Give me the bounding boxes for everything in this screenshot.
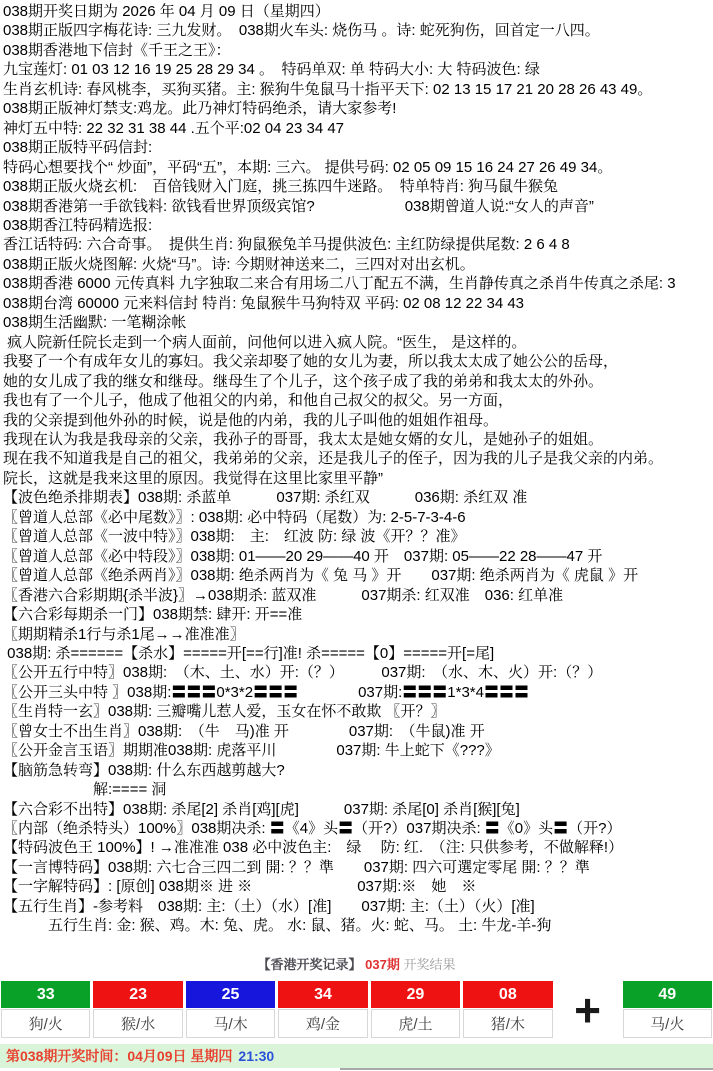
text-line: 【六合彩不出特】038期: 杀尾[2] 杀肖[鸡][虎] 037期: 杀尾[0]… <box>3 800 710 819</box>
text-line: 现在我不知道我是自己的祖父，我弟弟的父亲，还是我儿子的侄子，因为我的儿子是我父亲… <box>3 449 710 468</box>
text-line: 【五行生肖】-参考料 038期: 主:（土）（水）[准] 037期: 主:（土）… <box>3 897 710 916</box>
result-cell: 25马/木 <box>186 981 275 1039</box>
result-cell: 33狗/火 <box>1 981 90 1039</box>
results-header: 【香港开奖记录】 037期 开奖结果 <box>0 953 713 977</box>
text-line: 〖曾道人总部《必中尾数》〗: 038期: 必中特码（尾数）为: 2-5-7-3-… <box>3 508 710 527</box>
text-line: 疯人院新任院长走到一个病人面前，问他何以进入疯人院。“医生， 是这样的。 <box>3 333 710 352</box>
text-line: 038期正版四字梅花诗: 三九发财。 038期火车头: 烧伤马 。诗: 蛇死狗伤… <box>3 21 710 40</box>
text-line: 〖期期精杀1行与杀1尾→→准准准〗 <box>3 625 710 644</box>
text-line: 038期: 杀======【杀水】=====开[==行]准! 杀=====【0】… <box>3 644 710 663</box>
text-line: 038期正版神灯禁支:鸡龙。此乃神灯特码绝杀，请大家参考! <box>3 99 710 118</box>
text-line: 〖内部（绝杀特头）100%〗038期决杀: 〓《4》头〓（开?）037期决杀: … <box>3 819 710 838</box>
text-line: 038期香港 6000 元传真料 九字独取二来合有用场二八丁配五不满，生肖静传真… <box>3 274 710 293</box>
result-ball: 33 <box>1 981 90 1008</box>
next-draw-bar: 第038期开奖时间： 04月09日 星期四 21:30 <box>0 1044 713 1068</box>
text-line: 〖曾道人总部《绝杀两肖》〗038期: 绝杀两肖为《 兔 马 》开 037期: 绝… <box>3 566 710 585</box>
text-line: 九宝莲灯: 01 03 12 16 19 25 28 29 34 。 特码单双:… <box>3 60 710 79</box>
document-text: 038期开奖日期为 2026 年 04 月 09 日（星期四）038期正版四字梅… <box>3 2 710 950</box>
result-ball: 08 <box>463 981 552 1008</box>
text-line: 我现在认为我是我母亲的父亲，我孙子的哥哥，我太太是她女婿的女儿，是她孙子的姐姐。 <box>3 430 710 449</box>
result-zodiac: 猴/水 <box>93 1009 182 1038</box>
text-line: 〖曾女士不出生肖〗038期: （牛 马)准 开 037期: （牛鼠)准 开 <box>3 722 710 741</box>
result-zodiac: 狗/火 <box>1 1009 90 1038</box>
text-line: 院长，这就是我来这里的原因。我觉得在这里比家里平静” <box>3 469 710 488</box>
text-line: 038期香港地下信封《千王之王》： <box>3 41 710 60</box>
draw-time: 21:30 <box>238 1048 274 1064</box>
result-zodiac: 虎/土 <box>371 1009 460 1038</box>
text-line: 038期正版特平码信封: <box>3 138 710 157</box>
text-line: 香江话特码: 六合奇事。 提供生肖: 狗鼠猴兔羊马提供波色: 主红防绿提供尾数:… <box>3 235 710 254</box>
text-line: 我娶了一个有成年女儿的寡妇。我父亲却娶了她的女儿为妻，所以我太太成了她公公的岳母… <box>3 352 710 371</box>
text-line: 我的父亲提到他外孙的时候，说是他的内弟，我的儿子叫他的姐姐作祖母。 <box>3 411 710 430</box>
text-line: 〖公开五行中特〗038期: （木、土、水）开:（？） 037期: （水、木、火）… <box>3 663 710 682</box>
text-line: 我也有了一个儿子，他成了他祖父的内弟，和他自己叔父的叔父。另一方面， <box>3 391 710 410</box>
result-cell: 34鸡/金 <box>278 981 367 1039</box>
text-line: 〖生肖特一玄〗038期: 三瓣嘴儿惹人爱，玉女在怀不敢欺 〖开？〗 <box>3 702 710 721</box>
record-label: 【香港开奖记录】 <box>258 957 362 972</box>
text-line: 〖香港六合彩期期{杀半波}〗→038期杀: 蓝双准 037期杀: 红双准 036… <box>3 586 710 605</box>
result-ball: 23 <box>93 981 182 1008</box>
text-line: 038期台湾 60000 元来料信封 特肖: 兔鼠猴牛马狗特双 平码: 02 0… <box>3 294 710 313</box>
result-zodiac: 鸡/金 <box>278 1009 367 1038</box>
result-ball: 29 <box>371 981 460 1008</box>
plus-sign: + <box>556 981 620 1039</box>
text-line: 【六合彩每期杀一门】038期禁: 肆开: 开==准 <box>3 605 710 624</box>
lottery-tip-sheet: 038期开奖日期为 2026 年 04 月 09 日（星期四）038期正版四字梅… <box>0 0 713 1071</box>
text-line: 神灯五中特: 22 32 31 38 44 .五个平:02 04 23 34 4… <box>3 119 710 138</box>
result-label: 开奖结果 <box>403 957 455 972</box>
result-ball: 34 <box>278 981 367 1008</box>
text-line: 〖公开金言玉语〗期期准038期: 虎落平川 037期: 牛上蛇下《???》 <box>3 741 710 760</box>
text-line: 【特码波色王 100%】! →准准准 038 必中波色主: 绿 防: 红. （注… <box>3 838 710 857</box>
result-cell: 08猪/木 <box>463 981 552 1039</box>
result-ball: 49 <box>623 981 712 1008</box>
period-label: 037期 <box>365 957 400 972</box>
text-line: 解:==== 洞 <box>3 780 710 799</box>
text-line: 【一言博特码】038期: 六七合三四二到 開: ？？準 037期: 四六可選定零… <box>3 858 710 877</box>
text-line: 038期正版火烧图解: 火烧“马”。诗: 今期财神送来二，三四对对出玄机。 <box>3 255 710 274</box>
text-line: 五行生肖: 金: 猴、鸡。木: 兔、虎。 水: 鼠、猪。火: 蛇、马。 土: 牛… <box>3 916 710 935</box>
result-ball: 25 <box>186 981 275 1008</box>
text-line: 【波色绝杀排期表】038期: 杀蓝单 037期: 杀红双 036期: 杀红双 准 <box>3 488 710 507</box>
text-line: 她的女儿成了我的继女和继母。继母生了个儿子，这个孩子成了我的弟弟和我太太的外孙。 <box>3 372 710 391</box>
result-zodiac: 马/木 <box>186 1009 275 1038</box>
divider <box>340 1068 713 1070</box>
special-result-cell: 49马/火 <box>623 981 712 1039</box>
result-zodiac: 猪/木 <box>463 1009 552 1038</box>
text-line: 〖公开三头中特 〗038期:〓〓〓0*3*2〓〓〓 037期:〓〓〓1*3*4〓… <box>3 683 710 702</box>
result-zodiac: 马/火 <box>623 1009 712 1038</box>
text-line: 〖曾道人总部《必中特段》〗038期: 01——20 29——40 开 037期:… <box>3 547 710 566</box>
text-line: 038期香江特码精选报: <box>3 216 710 235</box>
results-row: 33狗/火23猴/水25马/木34鸡/金29虎/土08猪/木+49马/火 <box>0 981 713 1039</box>
text-line: 【一字解特码】: [原创] 038期※ 进 ※ 037期:※ 她 ※ <box>3 877 710 896</box>
draw-time-label: 第038期开奖时间： <box>6 1046 127 1066</box>
text-line: 特码心想要找个“ 炒面”，平码“五”，本期: 三六。 提供号码: 02 05 0… <box>3 158 710 177</box>
result-cell: 23猴/水 <box>93 981 182 1039</box>
text-line: 【脑筋急转弯】038期: 什么东西越剪越大? <box>3 761 710 780</box>
text-line: 038期开奖日期为 2026 年 04 月 09 日（星期四） <box>3 2 710 21</box>
text-line: 038期正版火烧玄机: 百倍钱财入门庭，挑三拣四牛迷路。 特单特肖: 狗马鼠牛猴… <box>3 177 710 196</box>
text-line: 038期生活幽默: 一笔糊涂帐 <box>3 313 710 332</box>
text-line: 038期香港第一手欲钱料: 欲钱看世界顶级宾馆? 038期曾道人说:“女人的声音… <box>3 197 710 216</box>
text-line: 〖曾道人总部《一波中特》〗038期: 主: 红波 防: 绿 波《开？？准》 <box>3 527 710 546</box>
draw-date: 04月09日 星期四 <box>127 1046 232 1066</box>
result-cell: 29虎/土 <box>371 981 460 1039</box>
text-line: 生肖玄机诗: 春风桃李，买狗买猪。主: 猴狗牛兔鼠马十指平天下: 02 13 1… <box>3 80 710 99</box>
